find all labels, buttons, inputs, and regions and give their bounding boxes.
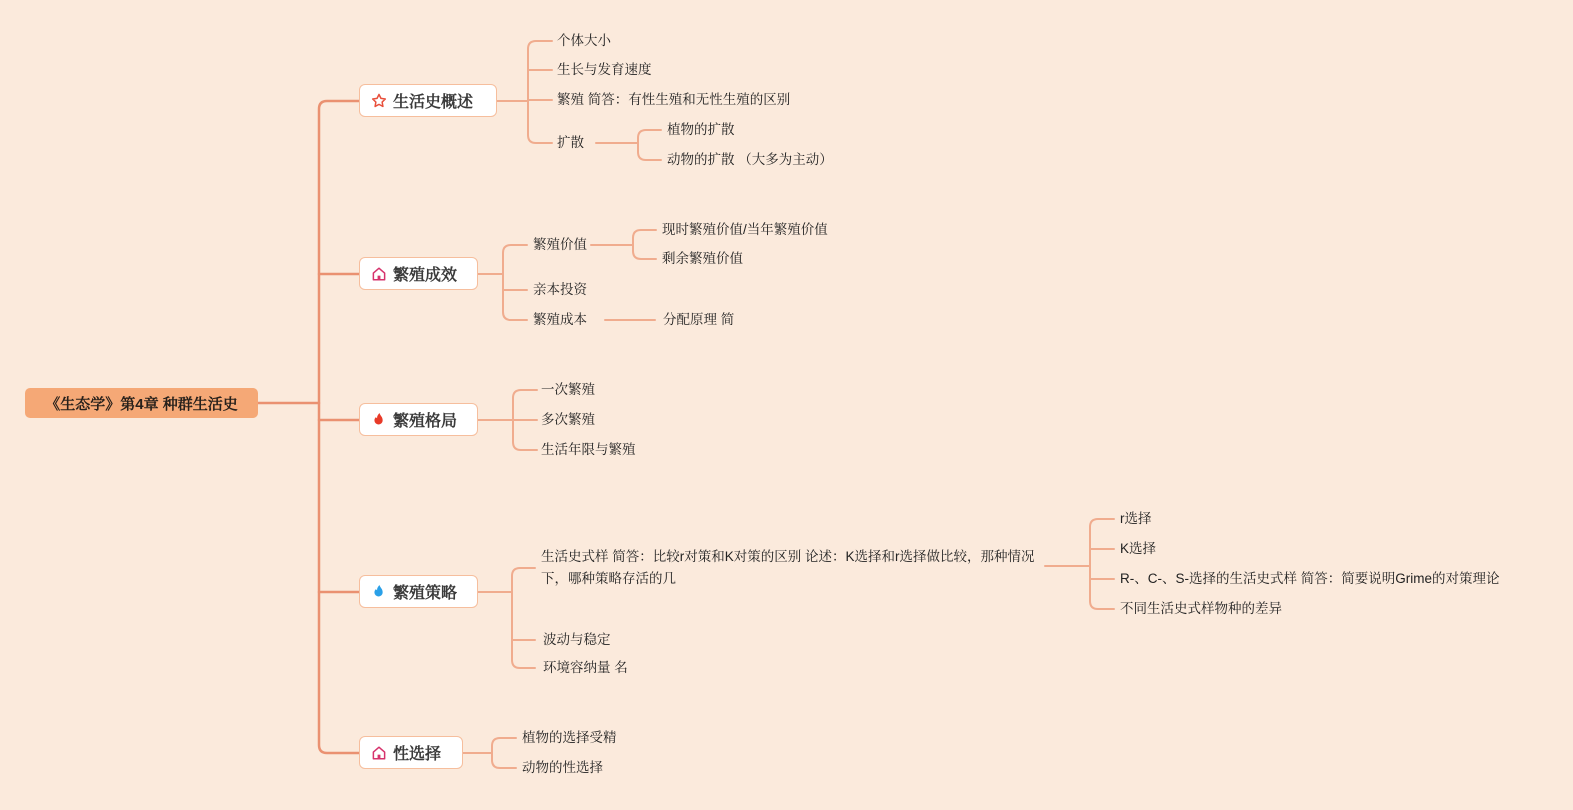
branch-reproductive-pattern[interactable]: 繁殖格局 (359, 403, 478, 436)
branch-reproductive-strategy[interactable]: 繁殖策略 (359, 575, 478, 608)
topic-reproduction[interactable]: 繁殖 简答：有性生殖和无性生殖的区别 (557, 91, 790, 109)
topic-carrying-capacity[interactable]: 环境容纳量 名 (543, 659, 628, 677)
branch-reproductive-success[interactable]: 繁殖成效 (359, 257, 478, 290)
topic-iteroparity[interactable]: 多次繁殖 (541, 411, 595, 429)
star-icon (370, 92, 388, 110)
home-icon (370, 265, 388, 283)
topic-species-differences[interactable]: 不同生活史式样物种的差异 (1120, 600, 1282, 618)
flame-blue-icon (370, 583, 388, 601)
topic-reproductive-value[interactable]: 繁殖价值 (533, 236, 587, 254)
topic-residual-reproductive-value[interactable]: 剩余繁殖价值 (662, 250, 743, 268)
topic-r-selection[interactable]: r选择 (1120, 510, 1152, 528)
branch-label: 繁殖策略 (393, 580, 457, 603)
root-topic[interactable]: 《生态学》第4章 种群生活史 (25, 388, 258, 418)
topic-allocation-principle[interactable]: 分配原理 简 (663, 311, 734, 329)
topic-current-reproductive-value[interactable]: 现时繁殖价值/当年繁殖价值 (662, 221, 828, 239)
topic-life-history-patterns[interactable]: 生活史式样 简答：比较r对策和K对策的区别 论述：K选择和r选择做比较，那种情况… (541, 546, 1041, 590)
home-icon (370, 744, 388, 762)
topic-individual-size[interactable]: 个体大小 (557, 32, 611, 50)
topic-dispersal[interactable]: 扩散 (557, 134, 584, 152)
topic-plant-selective-fertilization[interactable]: 植物的选择受精 (522, 729, 617, 747)
topic-growth-rate[interactable]: 生长与发育速度 (557, 61, 652, 79)
branch-label: 生活史概述 (393, 89, 473, 112)
topic-lifespan-reproduction[interactable]: 生活年限与繁殖 (541, 441, 636, 459)
topic-parental-investment[interactable]: 亲本投资 (533, 281, 587, 299)
branch-sexual-selection[interactable]: 性选择 (359, 736, 463, 769)
topic-semelparity[interactable]: 一次繁殖 (541, 381, 595, 399)
mindmap-canvas: 《生态学》第4章 种群生活史 生活史概述 个体大小 生长与发育速度 繁殖 简答：… (0, 0, 1573, 810)
branch-label: 繁殖成效 (393, 262, 457, 285)
topic-animal-dispersal[interactable]: 动物的扩散 （大多为主动） (667, 151, 833, 169)
topic-k-selection[interactable]: K选择 (1120, 540, 1156, 558)
branch-label: 繁殖格局 (393, 408, 457, 431)
topic-plant-dispersal[interactable]: 植物的扩散 (667, 121, 735, 139)
branch-label: 性选择 (393, 741, 441, 764)
topic-animal-sexual-selection[interactable]: 动物的性选择 (522, 759, 603, 777)
topic-rcs-selection[interactable]: R-、C-、S-选择的生活史式样 简答：简要说明Grime的对策理论 (1120, 570, 1500, 588)
topic-reproductive-cost[interactable]: 繁殖成本 (533, 311, 587, 329)
branch-life-history-overview[interactable]: 生活史概述 (359, 84, 497, 117)
topic-fluctuation-stability[interactable]: 波动与稳定 (543, 631, 611, 649)
flame-red-icon (370, 411, 388, 429)
